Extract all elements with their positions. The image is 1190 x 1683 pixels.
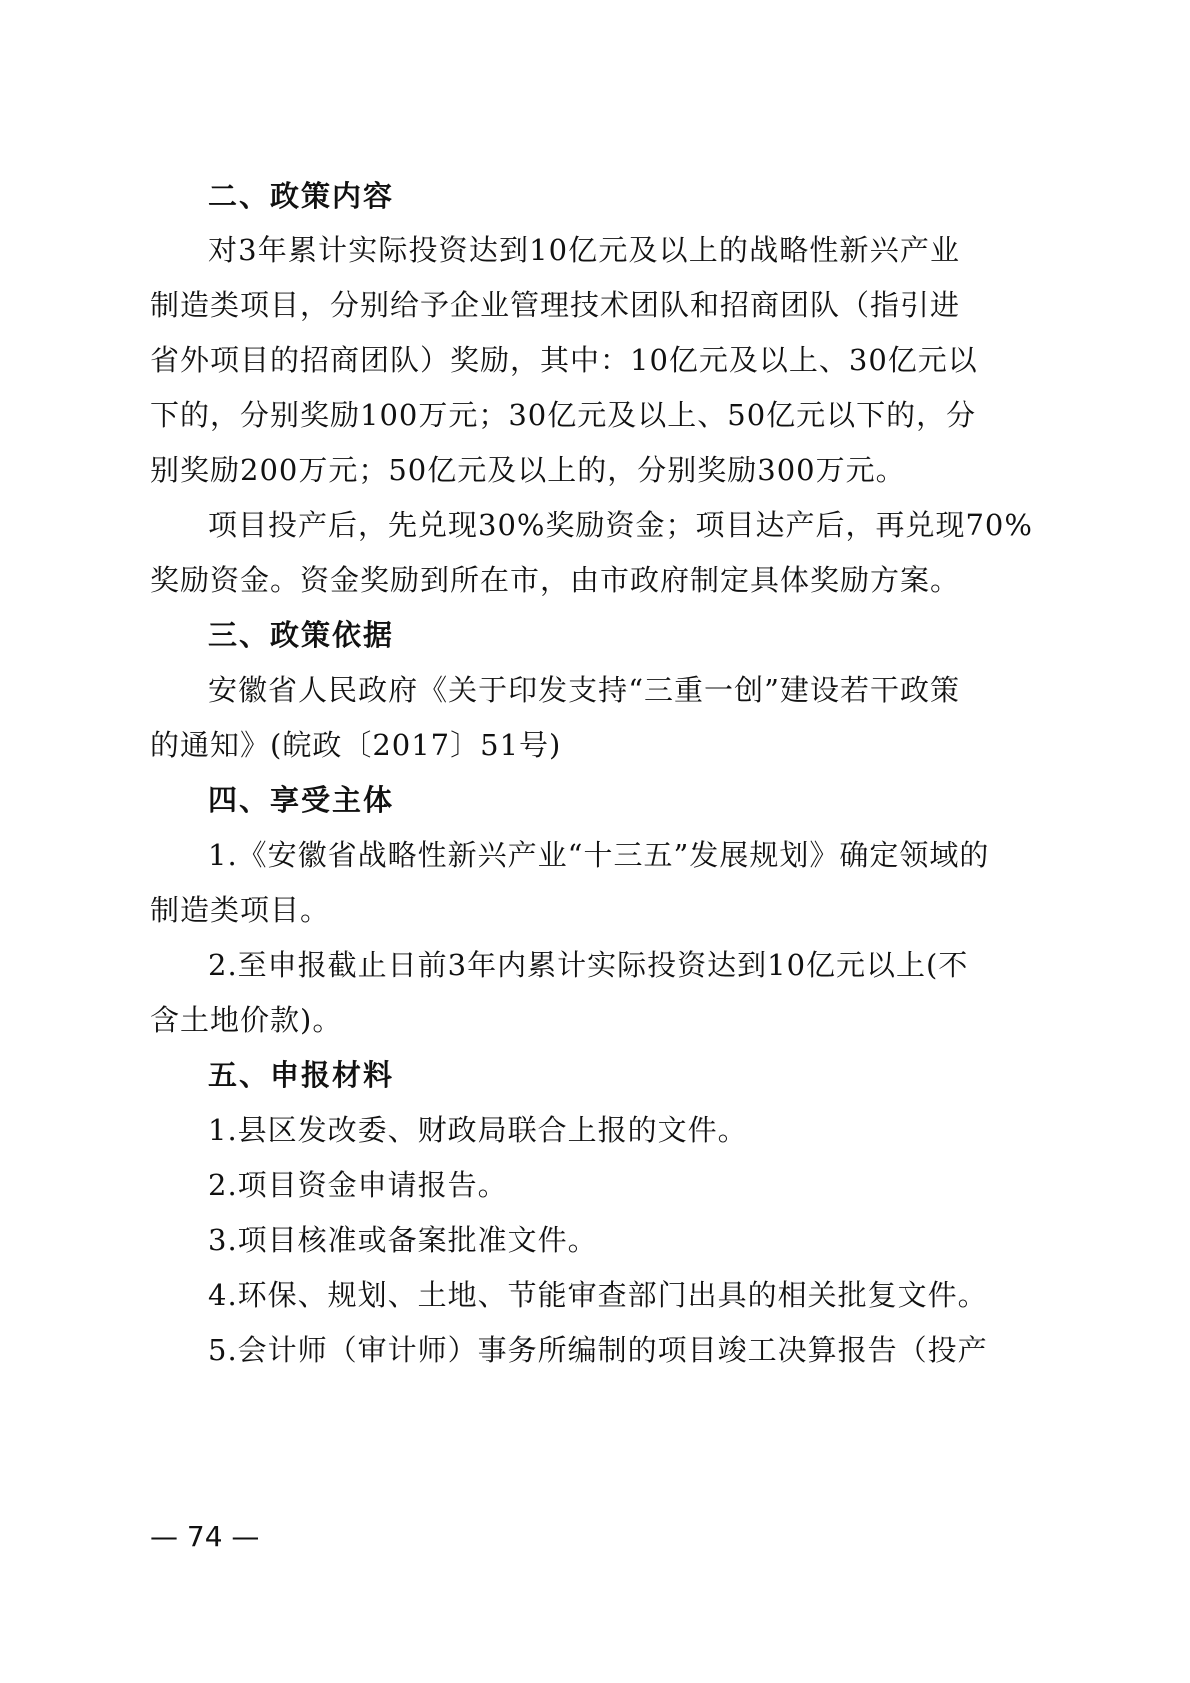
paragraph-line: 省外项目的招商团队）奖励，其中：10亿元及以上、30亿元以 (150, 340, 960, 380)
paragraph-line: 项目投产后，先兑现30%奖励资金；项目达产后，再兑现70% (208, 505, 960, 545)
section-heading-eligible-subjects: 四、享受主体 (208, 780, 1048, 820)
page-number: — 74 — (150, 1520, 259, 1553)
list-item-continuation: 含土地价款)。 (150, 1000, 990, 1040)
section-heading-policy-content: 二、政策内容 (208, 176, 1048, 216)
list-item-continuation: 制造类项目。 (150, 890, 990, 930)
list-item: 2.至申报截止日前3年内累计实际投资达到10亿元以上(不 (208, 945, 960, 985)
list-item: 3.项目核准或备案批准文件。 (208, 1220, 1048, 1260)
paragraph-line: 安徽省人民政府《关于印发支持“三重一创”建设若干政策 (208, 670, 960, 710)
list-item: 2.项目资金申请报告。 (208, 1165, 1048, 1205)
section-heading-policy-basis: 三、政策依据 (208, 615, 1048, 655)
list-item: 5.会计师（审计师）事务所编制的项目竣工决算报告（投产 (208, 1330, 1048, 1370)
section-heading-application-materials: 五、申报材料 (208, 1055, 1048, 1095)
paragraph-line: 对3年累计实际投资达到10亿元及以上的战略性新兴产业 (208, 230, 960, 270)
paragraph-line: 别奖励200万元；50亿元及以上的，分别奖励300万元。 (150, 450, 990, 490)
list-item: 4.环保、规划、土地、节能审查部门出具的相关批复文件。 (208, 1275, 1048, 1315)
paragraph-line: 下的，分别奖励100万元；30亿元及以上、50亿元以下的，分 (150, 395, 960, 435)
paragraph-line: 的通知》(皖政〔2017〕51号) (150, 725, 990, 765)
list-item: 1.县区发改委、财政局联合上报的文件。 (208, 1110, 1048, 1150)
paragraph-line: 制造类项目，分别给予企业管理技术团队和招商团队（指引进 (150, 285, 960, 325)
paragraph-line: 奖励资金。资金奖励到所在市，由市政府制定具体奖励方案。 (150, 560, 990, 600)
list-item: 1.《安徽省战略性新兴产业“十三五”发展规划》确定领域的 (208, 835, 960, 875)
